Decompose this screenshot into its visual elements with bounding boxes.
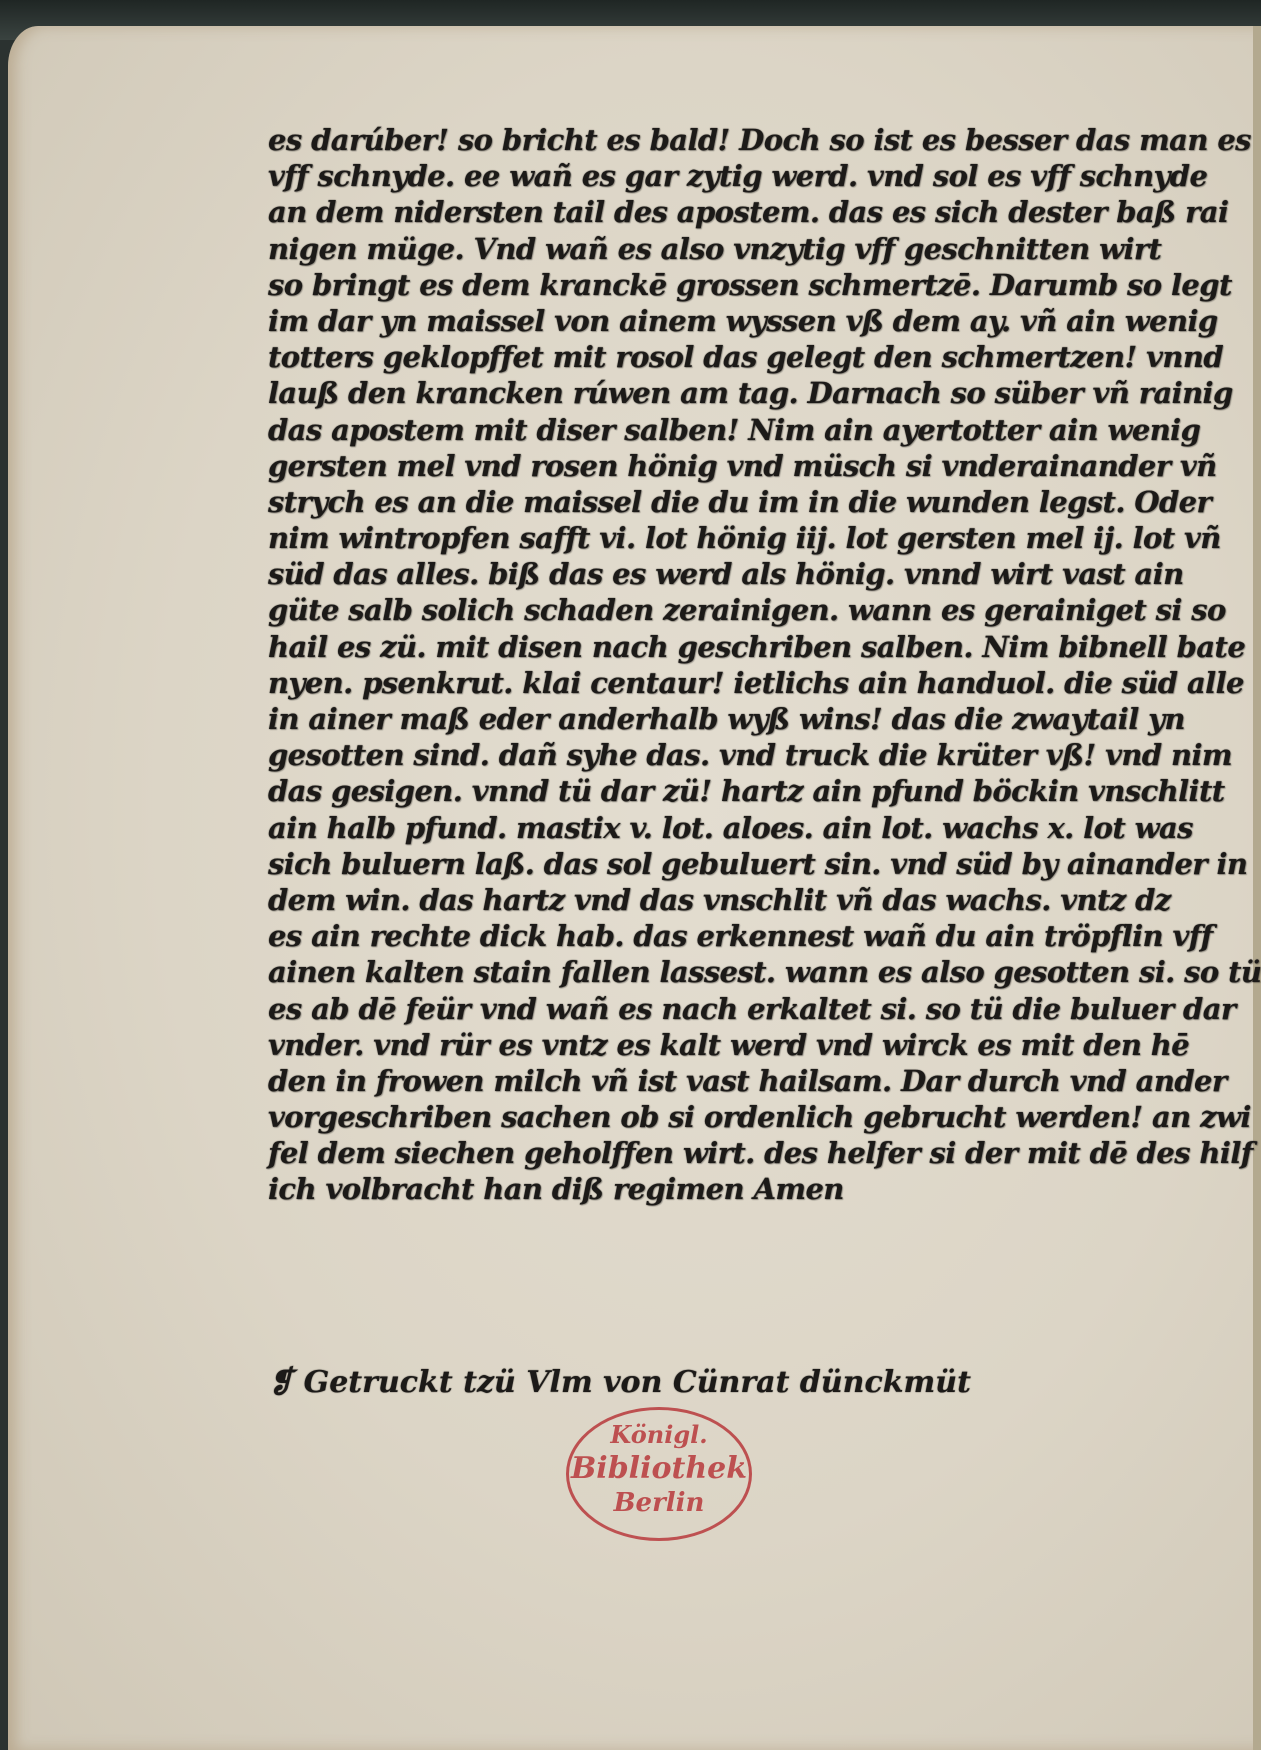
- text-line: strych es an die maissel die du im in di…: [268, 484, 1158, 520]
- stamp-line: Berlin: [569, 1486, 749, 1520]
- colophon-imprint: ❡ Getruckt tzü Vlm von Cünrat dünckmüt: [268, 1365, 971, 1400]
- stamp-line: Bibliothek: [569, 1452, 749, 1486]
- text-line: sich buluern laß. das sol gebuluert sin.…: [268, 846, 1158, 882]
- text-line: ich volbracht han diß regimen Amen: [268, 1171, 1158, 1207]
- body-text: es darúber! so bricht es bald! Doch so i…: [268, 122, 1158, 1208]
- stamp-line: Königl.: [569, 1418, 749, 1452]
- text-line: es darúber! so bricht es bald! Doch so i…: [268, 122, 1158, 158]
- text-line: ain halb pfund. mastix v. lot. aloes. ai…: [268, 810, 1158, 846]
- text-line: dem win. das hartz vnd das vnschlit vñ d…: [268, 882, 1158, 918]
- text-line: hail es zü. mit disen nach geschriben sa…: [268, 629, 1158, 665]
- text-line: güte salb solich schaden zerainigen. wan…: [268, 592, 1158, 628]
- page-edge: [1253, 26, 1261, 1750]
- text-line: nim wintropfen safft vi. lot hönig iij. …: [268, 520, 1158, 556]
- text-line: den in frowen milch vñ ist vast hailsam.…: [268, 1063, 1158, 1099]
- text-line: totters geklopffet mit rosol das gelegt …: [268, 339, 1158, 375]
- text-line: vorgeschriben sachen ob si ordenlich geb…: [268, 1099, 1158, 1135]
- text-line: vnder. vnd rür es vntz es kalt werd vnd …: [268, 1027, 1158, 1063]
- text-line: in ainer maß eder anderhalb wyß wins! da…: [268, 701, 1158, 737]
- text-line: im dar yn maissel von ainem wyssen vß de…: [268, 303, 1158, 339]
- text-line: lauß den krancken rúwen am tag. Darnach …: [268, 375, 1158, 411]
- text-line: fel dem siechen geholffen wirt. des helf…: [268, 1135, 1158, 1171]
- text-line: an dem nidersten tail des apostem. das e…: [268, 194, 1158, 230]
- text-line: gersten mel vnd rosen hönig vnd müsch si…: [268, 448, 1158, 484]
- library-stamp: Königl. Bibliothek Berlin: [566, 1407, 752, 1541]
- text-line: süd das alles. biß das es werd als hönig…: [268, 556, 1158, 592]
- text-line: es ain rechte dick hab. das erkennest wa…: [268, 918, 1158, 954]
- text-line: gesotten sind. dañ syhe das. vnd truck d…: [268, 737, 1158, 773]
- text-line: es ab dē feür vnd wañ es nach erkaltet s…: [268, 991, 1158, 1027]
- text-line: ainen kalten stain fallen lassest. wann …: [268, 954, 1158, 990]
- text-line: nigen müge. Vnd wañ es also vnzytig vff …: [268, 231, 1158, 267]
- text-line: so bringt es dem kranckē grossen schmert…: [268, 267, 1158, 303]
- text-line: das apostem mit diser salben! Nim ain ay…: [268, 412, 1158, 448]
- text-line: nyen. psenkrut. klai centaur! ietlichs a…: [268, 665, 1158, 701]
- text-line: das gesigen. vnnd tü dar zü! hartz ain p…: [268, 773, 1158, 809]
- text-line: vff schnyde. ee wañ es gar zytig werd. v…: [268, 158, 1158, 194]
